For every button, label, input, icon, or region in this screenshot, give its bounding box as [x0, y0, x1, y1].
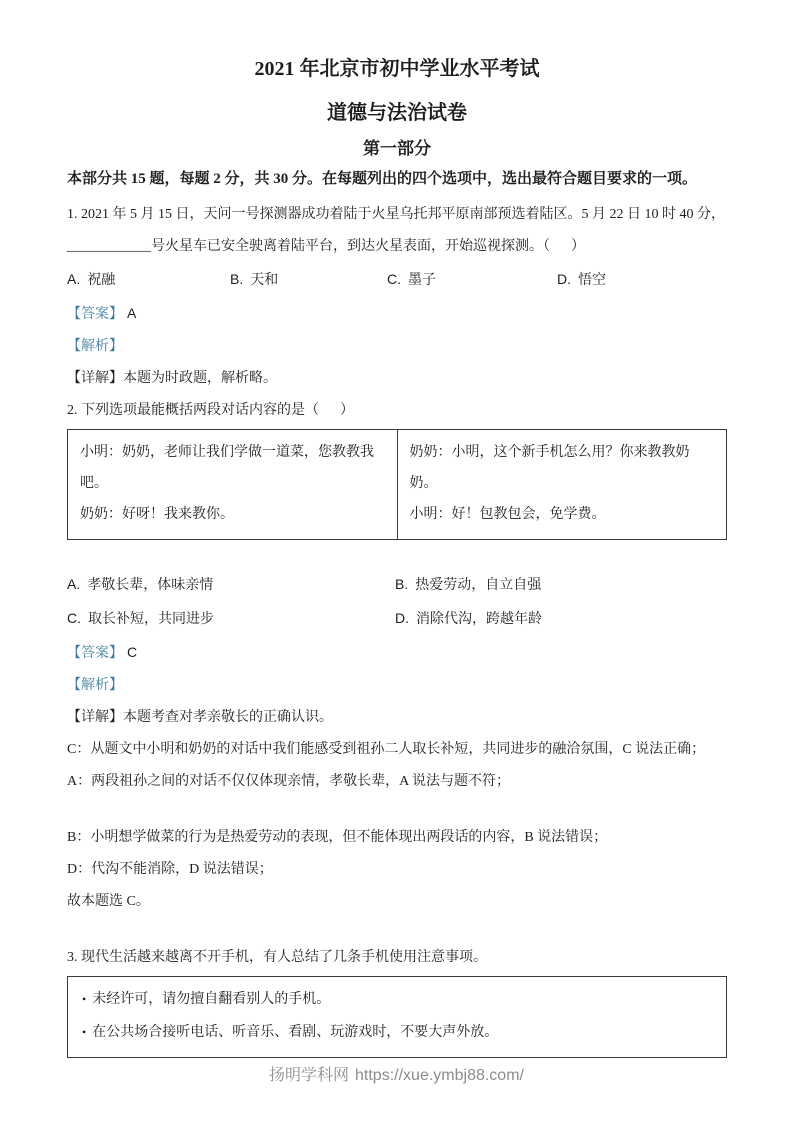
- dialog-cell-right: 奶奶：小明，这个新手机怎么用？你来教教奶奶。 小明：好！包教包会，免学费。: [397, 430, 727, 540]
- q2-explanation-a: A：两段祖孙之间的对话不仅仅体现亲情，孝敬长辈，A 说法与题不符；: [67, 766, 727, 798]
- question-3-stem: 3. 现代生活越来越离不开手机，有人总结了几条手机使用注意事项。: [67, 942, 727, 974]
- bullet-icon: •: [82, 992, 86, 1006]
- section-instructions: 本部分共 15 题，每题 2 分，共 30 分。在每题列出的四个选项中，选出最符…: [67, 165, 727, 193]
- answer-label: 【答案】: [67, 646, 123, 661]
- option-letter: A.: [67, 271, 80, 287]
- q2-option-a: A.孝敬长辈，体味亲情: [67, 568, 395, 602]
- phone-usage-notes-box: •未经许可，请勿擅自翻看别人的手机。 •在公共场合接听电话、听音乐、看剧、玩游戏…: [67, 976, 727, 1058]
- note-line: •未经许可，请勿擅自翻看别人的手机。: [82, 983, 712, 1016]
- q1-answer-line: 【答案】A: [67, 297, 727, 331]
- q1-option-c: C.墨子: [387, 263, 557, 297]
- option-letter: D.: [557, 271, 571, 287]
- option-text: 热爱劳动，自立自强: [415, 578, 541, 593]
- analysis-label: 【解析】: [67, 678, 123, 693]
- question-1-stem-line-1: 1. 2021 年 5 月 15 日，天问一号探测器成功着陆于火星乌托邦平原南部…: [67, 199, 727, 231]
- note-line: •在公共场合接听电话、听音乐、看剧、玩游戏时，不要大声外放。: [82, 1016, 712, 1049]
- dialog-cell-left: 小明：奶奶，老师让我们学做一道菜，您教教我吧。 奶奶：好呀！我来教你。: [68, 430, 398, 540]
- dialog-line: 小明：奶奶，老师让我们学做一道菜，您教教我吧。: [80, 437, 385, 499]
- option-letter: B.: [230, 271, 243, 287]
- option-text: 消除代沟，跨越年龄: [416, 612, 542, 627]
- q2-explanation-d: D：代沟不能消除，D 说法错误；: [67, 854, 727, 886]
- question-2-stem: 2. 下列选项最能概括两段对话内容的是（ ）: [67, 395, 727, 427]
- dialog-line: 奶奶：好呀！我来教你。: [80, 499, 385, 530]
- question-2-options: A.孝敬长辈，体味亲情 B.热爱劳动，自立自强 C.取长补短，共同进步 D.消除…: [67, 568, 727, 636]
- exam-title: 2021 年北京市初中学业水平考试: [67, 56, 727, 82]
- dialog-table-row: 小明：奶奶，老师让我们学做一道菜，您教教我吧。 奶奶：好呀！我来教你。 奶奶：小…: [68, 430, 727, 540]
- note-text: 在公共场合接听电话、听音乐、看剧、玩游戏时，不要大声外放。: [92, 1025, 498, 1040]
- option-text: 墨子: [408, 273, 436, 288]
- q2-option-d: D.消除代沟，跨越年龄: [395, 602, 727, 636]
- option-letter: C.: [67, 610, 81, 626]
- option-text: 孝敬长辈，体味亲情: [87, 578, 213, 593]
- exam-document-page: 2021 年北京市初中学业水平考试 道德与法治试卷 第一部分 本部分共 15 题…: [0, 0, 793, 1122]
- section-heading: 第一部分: [67, 138, 727, 159]
- option-letter: B.: [395, 576, 408, 592]
- option-text: 取长补短，共同进步: [88, 612, 214, 627]
- exam-subtitle: 道德与法治试卷: [67, 100, 727, 126]
- option-text: 祝融: [87, 273, 115, 288]
- q2-explanation-b: B：小明想学做菜的行为是热爱劳动的表现，但不能体现出两段话的内容，B 说法错误；: [67, 822, 727, 854]
- option-text: 悟空: [578, 273, 606, 288]
- footer-link[interactable]: https://xue.ymbj88.com/: [355, 1067, 524, 1084]
- option-letter: C.: [387, 271, 401, 287]
- option-letter: A.: [67, 576, 80, 592]
- q1-answer-value: A: [127, 305, 136, 321]
- question-1-stem-line-2: ____________号火星车已安全驶离着陆平台，到达火星表面，开始巡视探测。…: [67, 231, 727, 263]
- dialog-table: 小明：奶奶，老师让我们学做一道菜，您教教我吧。 奶奶：好呀！我来教你。 奶奶：小…: [67, 429, 727, 540]
- q2-option-b: B.热爱劳动，自立自强: [395, 568, 727, 602]
- q2-detail-text: 【详解】本题考查对孝亲敬长的正确认识。: [67, 702, 727, 734]
- q2-explanation-c: C：从题文中小明和奶奶的对话中我们能感受到祖孙二人取长补短，共同进步的融洽氛围，…: [67, 734, 727, 766]
- footer-site-name: 扬明学科网: [269, 1067, 349, 1084]
- dialog-line: 小明：好！包教包会，免学费。: [410, 499, 715, 530]
- q2-conclusion: 故本题选 C。: [67, 886, 727, 918]
- q1-detail-text: 【详解】本题为时政题，解析略。: [67, 363, 727, 395]
- option-text: 天和: [250, 273, 278, 288]
- footer-watermark: 扬明学科网https://xue.ymbj88.com/: [0, 1066, 793, 1086]
- q2-analysis-line: 【解析】: [67, 670, 727, 702]
- dialog-line: 奶奶：小明，这个新手机怎么用？你来教教奶奶。: [410, 437, 715, 499]
- bullet-icon: •: [82, 1025, 86, 1039]
- question-1-options: A.祝融 B.天和 C.墨子 D.悟空: [67, 263, 727, 297]
- analysis-label: 【解析】: [67, 339, 123, 354]
- q2-answer-line: 【答案】C: [67, 636, 727, 670]
- q1-option-d: D.悟空: [557, 263, 727, 297]
- q2-answer-value: C: [127, 644, 137, 660]
- option-letter: D.: [395, 610, 409, 626]
- note-text: 未经许可，请勿擅自翻看别人的手机。: [92, 992, 330, 1007]
- q1-analysis-line: 【解析】: [67, 331, 727, 363]
- q2-option-c: C.取长补短，共同进步: [67, 602, 395, 636]
- q1-option-a: A.祝融: [67, 263, 230, 297]
- answer-label: 【答案】: [67, 307, 123, 322]
- q1-option-b: B.天和: [230, 263, 387, 297]
